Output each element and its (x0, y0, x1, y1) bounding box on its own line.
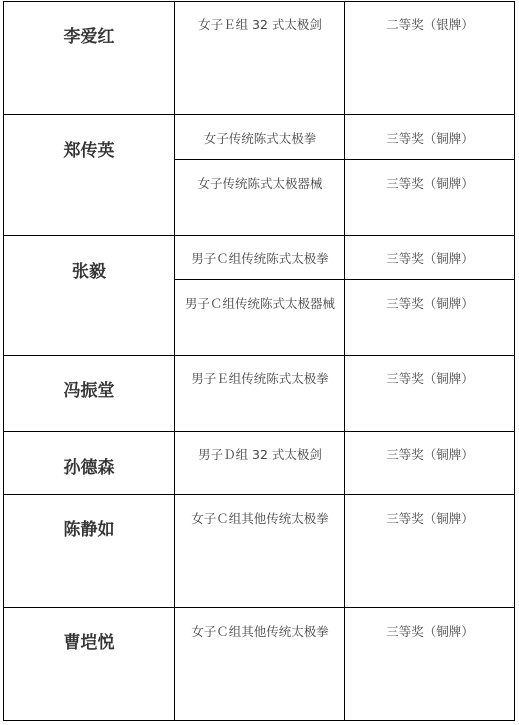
row-divider (4, 235, 514, 236)
column-divider (344, 2, 345, 720)
athlete-name: 陈静如 (4, 515, 174, 540)
event-name: 男子Ｃ组传统陈式太极拳 (175, 249, 345, 267)
award-level: 三等奖（铜牌） (345, 129, 515, 147)
athlete-name: 张毅 (4, 257, 174, 282)
athlete-name: 孙德森 (4, 453, 174, 478)
event-name: 女子Ｃ组其他传统太极拳 (175, 622, 345, 640)
column-divider (174, 2, 175, 720)
event-name: 男子Ｃ组传统陈式太极器械 (175, 294, 345, 312)
athlete-name: 曹垲悦 (4, 628, 174, 653)
event-name: 男子Ｅ组传统陈式太极拳 (175, 369, 345, 387)
award-level: 三等奖（铜牌） (345, 369, 515, 387)
sub-row-divider (174, 279, 514, 280)
event-name: 女子Ｅ组 32 式太极剑 (175, 15, 345, 33)
award-level: 三等奖（铜牌） (345, 509, 515, 527)
athlete-name: 冯振堂 (4, 376, 174, 401)
row-divider (4, 607, 514, 608)
event-name: 女子传统陈式太极器械 (175, 174, 345, 192)
award-level: 三等奖（铜牌） (345, 622, 515, 640)
award-level: 二等奖（银牌） (345, 15, 515, 33)
athlete-name: 郑传英 (4, 136, 174, 161)
award-level: 三等奖（铜牌） (345, 174, 515, 192)
event-name: 男子Ｄ组 32 式太极剑 (175, 445, 345, 463)
award-level: 三等奖（铜牌） (345, 249, 515, 267)
athlete-name: 李爱红 (4, 22, 174, 47)
row-divider (4, 355, 514, 356)
row-divider (4, 494, 514, 495)
event-name: 女子传统陈式太极拳 (175, 129, 345, 147)
row-divider (4, 114, 514, 115)
award-level: 三等奖（铜牌） (345, 294, 515, 312)
event-name: 女子Ｃ组其他传统太极拳 (175, 509, 345, 527)
award-level: 三等奖（铜牌） (345, 445, 515, 463)
row-divider (4, 431, 514, 432)
awards-table: 李爱红 女子Ｅ组 32 式太极剑 二等奖（银牌） 郑传英 女子传统陈式太极拳 三… (3, 1, 515, 721)
sub-row-divider (174, 159, 514, 160)
